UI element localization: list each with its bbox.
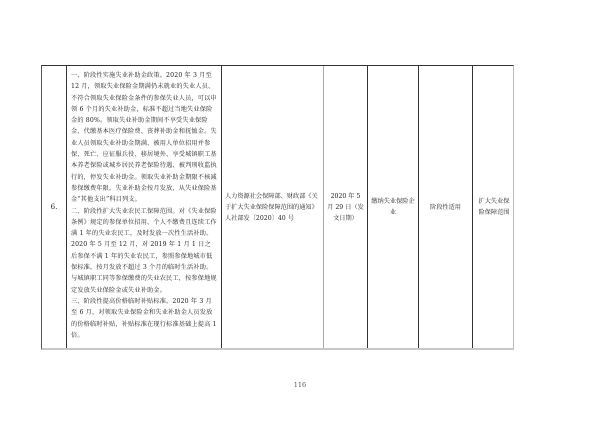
source-document-cell: 人力资源社会保障部、财政部《关于扩大失业保险保障范围的通知》人社部发〔2020〕…	[221, 66, 323, 348]
page-number: 116	[0, 381, 600, 389]
issue-date: 2020 年 5 月 29 日（发文日期）	[324, 191, 367, 224]
date-cell: 2020 年 5 月 29 日（发文日期）	[323, 66, 367, 348]
applicable-duration: 阶段性适用	[427, 202, 464, 213]
applicable-target: 缴纳失业保险企业	[368, 196, 418, 218]
row-number-cell: 6.	[42, 66, 66, 348]
duration-cell: 阶段性适用	[418, 66, 472, 348]
category-cell: 扩大失业保险保障范围	[472, 66, 515, 348]
policy-paragraph-1: 一、阶段性实施失业补助金政策。2020 年 3 月至 12 月，领取失业保险金期…	[71, 70, 217, 206]
policy-paragraph-3: 三、阶段性提高价格临时补贴标准。2020 年 3 月至 6 月，对领取失业保险金…	[71, 296, 217, 341]
source-document: 人力资源社会保障部、财政部《关于扩大失业保险保障范围的通知》人社部发〔2020〕…	[222, 191, 323, 224]
policy-category: 扩大失业保险保障范围	[473, 196, 515, 218]
policy-paragraph-2: 二、阶段性扩大失业农民工保障范围。对《失业保险条例》规定的参保单位招用、个人不缴…	[71, 206, 217, 296]
row-number: 6.	[51, 203, 58, 211]
policy-table: 6. 一、阶段性实施失业补助金政策。2020 年 3 月至 12 月，领取失业保…	[41, 65, 514, 350]
target-cell: 缴纳失业保险企业	[367, 66, 418, 348]
policy-content-cell: 一、阶段性实施失业补助金政策。2020 年 3 月至 12 月，领取失业保险金期…	[66, 66, 221, 348]
